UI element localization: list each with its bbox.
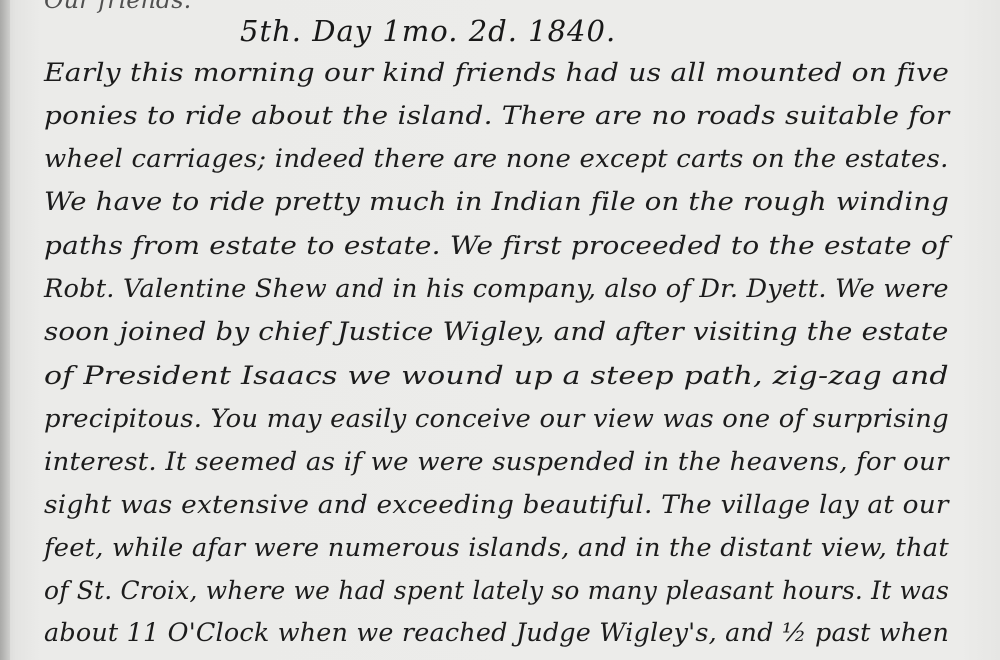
journal-line-11: sight was extensive and exceeding beauti… — [44, 490, 949, 519]
journal-line-10: interest. It seemed as if we were suspen… — [44, 447, 949, 476]
entry-date-heading: 5th. Day 1mo. 2d. 1840. — [240, 14, 616, 48]
journal-line-14: about 11 O'Clock when we reached Judge W… — [44, 618, 949, 647]
journal-line-13: of St. Croix, where we had spent lately … — [44, 576, 949, 605]
journal-line-7: soon joined by chief Justice Wigley, and… — [44, 317, 949, 346]
binding-edge — [0, 0, 10, 660]
top-fragment-text: Our friends. — [44, 0, 191, 14]
journal-line-4: We have to ride pretty much in Indian fi… — [44, 187, 949, 216]
journal-line-6: Robt. Valentine Shew and in his company,… — [44, 274, 949, 303]
journal-line-9: precipitous. You may easily conceive our… — [44, 404, 949, 433]
journal-line-5: paths from estate to estate. We first pr… — [44, 231, 949, 260]
journal-line-1: Early this morning our kind friends had … — [44, 58, 949, 87]
journal-line-8: of President Isaacs we wound up a steep … — [44, 361, 949, 390]
journal-page: Our friends. 5th. Day 1mo. 2d. 1840. Ear… — [0, 0, 1000, 660]
journal-line-2: ponies to ride about the island. There a… — [44, 101, 950, 130]
journal-line-3: wheel carriages; indeed there are none e… — [44, 144, 949, 173]
journal-line-12: feet, while afar were numerous islands, … — [44, 533, 949, 562]
